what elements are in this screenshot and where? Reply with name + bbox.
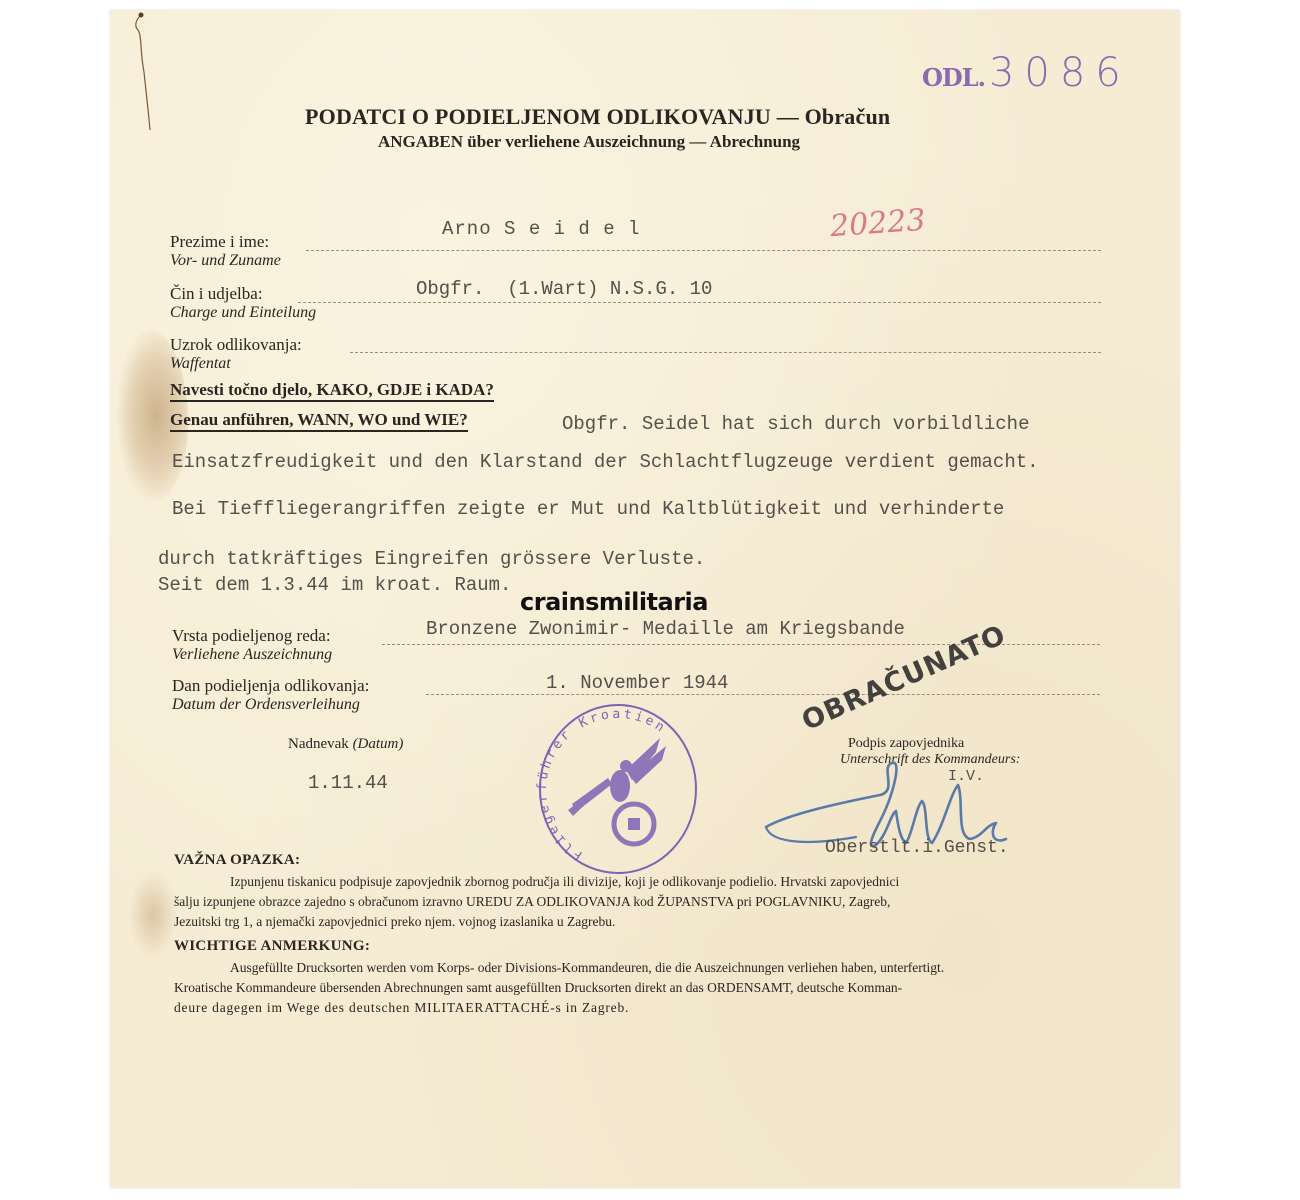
signatory-rank: Oberstlt.i.Genst. [825,838,1009,858]
award-value: Bronzene Zwonimir- Medaille am Kriegsban… [426,618,905,640]
citation-line-2: Einsatzfreudigkeit und den Klarstand der… [172,451,1039,473]
award-date-field-line [426,694,1100,695]
rank-field-line [298,302,1101,303]
name-field-line [306,250,1101,251]
signature-label-hr: Podpis zapovjednika [848,736,964,752]
date-block-label: Nadnevak (Datum) [288,736,403,753]
citation-line-4: durch tatkräftiges Eingreifen grössere V… [158,548,705,570]
award-date-label-hr: Dan podieljenja odlikovanja: [172,676,369,696]
official-eagle-stamp: Fliegerführer Kroatien [528,700,708,878]
reason-label-hr: Uzrok odlikovanja: [170,335,302,355]
instruction-hr-text: Navesti točno djelo, KAKO, GDJE i KADA? [170,380,494,402]
note-de-line-2: Kroatische Kommandeure übersenden Abrech… [174,980,902,996]
award-label-de: Verliehene Auszeichnung [172,646,332,664]
serial-number-stamp: ODL. 3086 [922,50,1131,96]
award-date-value: 1. November 1944 [546,672,728,694]
serial-number: 3086 [989,50,1131,96]
rank-label-hr: Čin i udjelba: [170,284,263,304]
award-date-label-de: Datum der Ordensverleihung [172,696,360,714]
name-label-de: Vor- und Zuname [170,252,281,270]
note-de-line-3: deure dagegen im Wege des deutschen MILI… [174,1000,629,1016]
pencil-reference-number: 20223 [829,203,927,245]
award-label-hr: Vrsta podieljenog reda: [172,626,331,646]
date-block-value: 1.11.44 [308,772,388,794]
rank-value: Obgfr. (1.Wart) N.S.G. 10 [416,278,712,300]
document-title-german: ANGABEN über verliehene Auszeichnung — A… [378,132,800,152]
note-hr-line-1: Izpunjenu tiskanicu podpisuje zapovjedni… [230,874,899,890]
reason-label-de: Waffentat [170,355,231,373]
important-note-heading-de: WICHTIGE ANMERKUNG: [174,938,370,955]
serial-prefix: ODL. [922,63,985,92]
document-title-croatian: PODATCI O PODIELJENOM ODLIKOVANJU — Obra… [305,104,890,130]
document-page: ODL. 3086 PODATCI O PODIELJENOM ODLIKOVA… [110,10,1180,1188]
note-hr-line-2: šalju izpunjene obrazce zajedno s obraču… [174,894,890,910]
date-block-label-de: (Datum) [353,736,404,752]
note-de-line-1: Ausgefüllte Drucksorten werden vom Korps… [230,960,944,976]
citation-line-3: Bei Tieffliegerangriffen zeigte er Mut u… [172,498,1004,520]
reason-field-line [350,352,1101,353]
citation-line-5: Seit dem 1.3.44 im kroat. Raum. [158,574,511,596]
instruction-de-text: Genau anführen, WANN, WO und WIE? [170,410,468,432]
paper-crease [132,12,172,132]
important-note-heading-hr: VAŽNA OPAZKA: [174,852,300,869]
name-value: Arno S e i d e l [442,218,640,240]
citation-line-1: Obgfr. Seidel hat sich durch vorbildlich… [562,413,1029,435]
name-label-hr: Prezime i ime: [170,232,269,252]
date-block-label-hr: Nadnevak [288,736,349,752]
water-stain [128,870,178,960]
instruction-de: Genau anführen, WANN, WO und WIE? [170,410,468,430]
watermark-text: crainsmilitaria [520,588,708,616]
instruction-hr: Navesti točno djelo, KAKO, GDJE i KADA? [170,380,494,400]
note-hr-line-3: Jezuitski trg 1, a njemački zapovjednici… [174,914,615,930]
rank-label-de: Charge und Einteilung [170,304,316,322]
